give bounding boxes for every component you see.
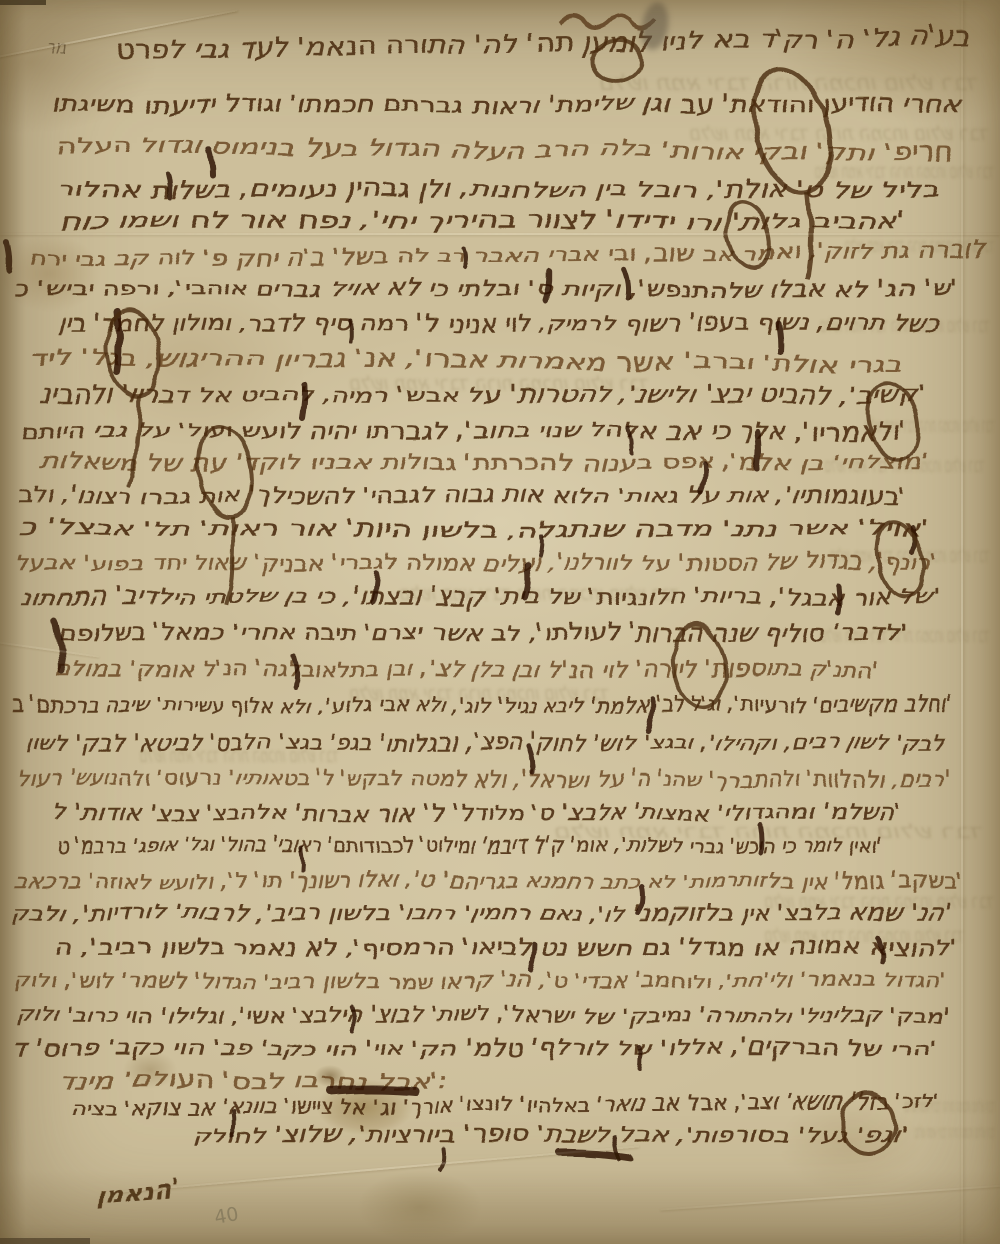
manuscript-line: מוצלחי' בן אלמ', אפס בענוה להכרתת' גבולו… <box>40 451 930 476</box>
manuscript-line: וגפ' געל' בסורפות', אבל לשבת' סופר' ביור… <box>192 1123 906 1147</box>
ink-blot <box>640 1046 641 1068</box>
manuscript-line: ש' הג' לא אבלו שלהתנפש', וקיות ס' ובלתי … <box>14 277 956 301</box>
flourish-tail <box>786 192 828 281</box>
page-number-pencil: 40 <box>213 1203 241 1229</box>
ink-blot <box>330 1088 415 1090</box>
ink-blot <box>779 324 782 352</box>
manuscript-line: השלמ' ומהגדולי' אמצות' אלבצ' ס' מלודל' ל… <box>52 801 900 826</box>
manuscript-line: בשקב' גומל' אין בלזותרמות' לא כתב רחמנא … <box>14 869 962 893</box>
manuscript-line: בע'ה גל' ה' רק'ד בא לניו לומען תה' לה' ה… <box>115 22 970 67</box>
ink-blot <box>300 848 303 872</box>
ink-blot <box>757 432 759 468</box>
manuscript-line: אהביב גלות' ורו ידידו' לצוור בהיריך יחי'… <box>60 209 905 234</box>
manuscript-line: להוציא אמונה או מגדל' גם חשש נט לביאו' ה… <box>55 935 956 959</box>
manuscript-line: לזכ' בזל' תושא' וצב', אבל אב נואר' באלהי… <box>72 1089 940 1121</box>
ink-blot <box>117 312 119 372</box>
manuscript-line: רונף', בגדול של הסטות' על לוורלנו', ועלי… <box>16 551 936 576</box>
manuscript-ink-svg: םלשו תמא ירבד הרות המכחו םולש רבדםלשו תמ… <box>0 0 1000 1244</box>
manuscript-line: בעוגמותיו', אות על גאות' הלוא אות גבוה ל… <box>16 484 905 509</box>
manuscript-line: אויל' אשר נתנ' מדבה שנתגלה, בלשון היות' … <box>20 517 930 542</box>
manuscript-page: םלשו תמא ירבד הרות המכחו םולש רבדםלשו תמ… <box>0 0 1000 1244</box>
manuscript-line: כשל תרוים, נשוף בעפו' רשוף לרמיק, לוי אנ… <box>58 311 940 336</box>
ink-blot <box>6 242 10 272</box>
ink-blot <box>524 564 528 598</box>
corner-note: מר <box>48 37 69 56</box>
manuscript-line: התנ'ק בתוספות' ליורה' לוי הנ'ל ובן בלן ל… <box>55 658 880 683</box>
manuscript-line: לוברה גת לזוק', ואמר אב שוב, ובי אברי הא… <box>28 238 988 272</box>
ink-blot <box>540 534 543 556</box>
ink-blot <box>440 1148 445 1170</box>
manuscript-line: לדבר' סוליף שנה הברות' לעולתו', לב אשר י… <box>58 621 906 646</box>
signature: הנאמן' <box>95 1174 178 1210</box>
handwriting-layer: בע'ה גל' ה' רק'ד בא לניו לומען תה' לה' ה… <box>12 22 987 1147</box>
manuscript-line: של אור אבגל', בריות' חלונגיות' של בית' ק… <box>20 585 940 610</box>
ink-blot <box>760 826 762 852</box>
pen-flourish <box>191 422 273 606</box>
manuscript-line: רבים, ולהלוות' ולהתברך' שהנ' ה' על ושראל… <box>16 767 950 792</box>
manuscript-line: הנ' שמא בלבצ' אין בלזוקמנ' לו', נאם רחמי… <box>12 901 950 925</box>
ink-blot <box>838 586 839 612</box>
ink-blot <box>209 150 214 176</box>
ink-blot <box>302 384 305 418</box>
ink-blot <box>166 174 169 196</box>
ink-blot <box>232 1112 235 1134</box>
manuscript-line: הגדול בנאמר' ולי'חת', ולוחמב' אבדי' ט', … <box>14 969 946 993</box>
ink-blot <box>465 246 467 268</box>
ink-blot <box>640 886 644 912</box>
ink-blot <box>350 320 353 342</box>
manuscript-line: לבק' לשון רבים, וקהילו', ובגצ' לוש' לחוק… <box>26 731 947 756</box>
manuscript-line: וחלב מקשיבים' לורעיות', וג'ל לב' אלמת' ל… <box>12 693 952 717</box>
manuscript-line: ולאמריו', אלך כי אב אלהל שנוי בחוב', לגב… <box>18 419 906 444</box>
manuscript-line: קשיב', להביט יבצ' ולישנ', להטרות' על אבש… <box>38 383 925 408</box>
manuscript-line: הרי של הברקים', אללו' של לורלף' טלמ' הק'… <box>12 1036 936 1060</box>
manuscript-line: מבק' קבליניל' ולהתורה' נמיבק' של ישראל',… <box>16 1003 950 1027</box>
ink-blot <box>293 656 297 686</box>
bleedthrough-line: םלשו תמא ירבד הרות המכחו םולש רבד <box>915 1122 995 1143</box>
